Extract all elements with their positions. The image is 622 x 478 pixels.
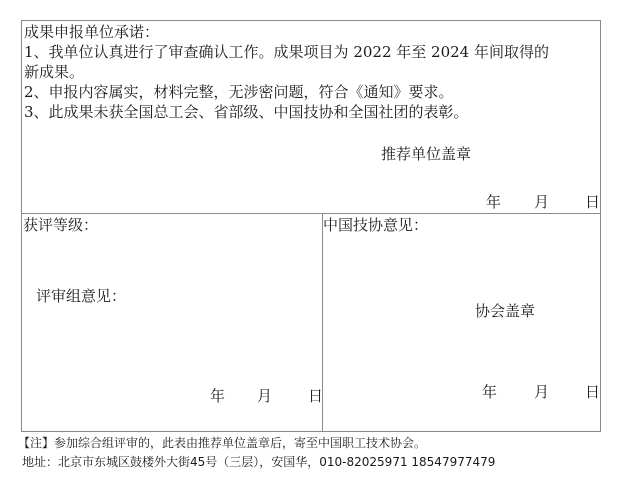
- commitment-item-1: 1、我单位认真进行了审查确认工作。成果项目为 2022 年至 2024 年间取得…: [24, 42, 549, 62]
- review-group-opinion-label: 评审组意见：: [36, 286, 126, 306]
- association-date-day: 日: [585, 382, 600, 402]
- association-date-month: 月: [534, 382, 549, 402]
- commitment-item-1-cont: 新成果。: [24, 62, 84, 82]
- commitment-item-2: 2、申报内容属实，材料完整，无涉密问题，符合《通知》要求。: [24, 82, 454, 102]
- association-date-year: 年: [482, 382, 497, 402]
- review-date-year: 年: [210, 386, 225, 406]
- cata-opinion-label: 中国技协意见：: [323, 215, 428, 235]
- review-date-month: 月: [257, 386, 272, 406]
- review-date-day: 日: [308, 386, 323, 406]
- footer-address: 地址：北京市东城区鼓楼外大街45号（三层），安国华，010-82025971 1…: [22, 453, 495, 470]
- footer-note: 【注】参加综合组评审的，此表由推荐单位盖章后，寄至中国职工技术协会。: [18, 434, 426, 451]
- row-divider: [22, 213, 600, 214]
- association-seal-label: 协会盖章: [475, 301, 535, 321]
- recommending-unit-seal-label: 推荐单位盖章: [381, 144, 471, 164]
- date-day: 日: [585, 192, 600, 212]
- commitment-item-3: 3、此成果未获全国总工会、省部级、中国技协和全国社团的表彰。: [24, 102, 469, 122]
- award-grade-label: 获评等级：: [23, 215, 98, 235]
- commitment-form-table: 成果申报单位承诺： 1、我单位认真进行了审查确认工作。成果项目为 2022 年至…: [21, 20, 601, 432]
- commitment-title: 成果申报单位承诺：: [24, 22, 159, 42]
- date-month: 月: [534, 192, 549, 212]
- date-year: 年: [486, 192, 501, 212]
